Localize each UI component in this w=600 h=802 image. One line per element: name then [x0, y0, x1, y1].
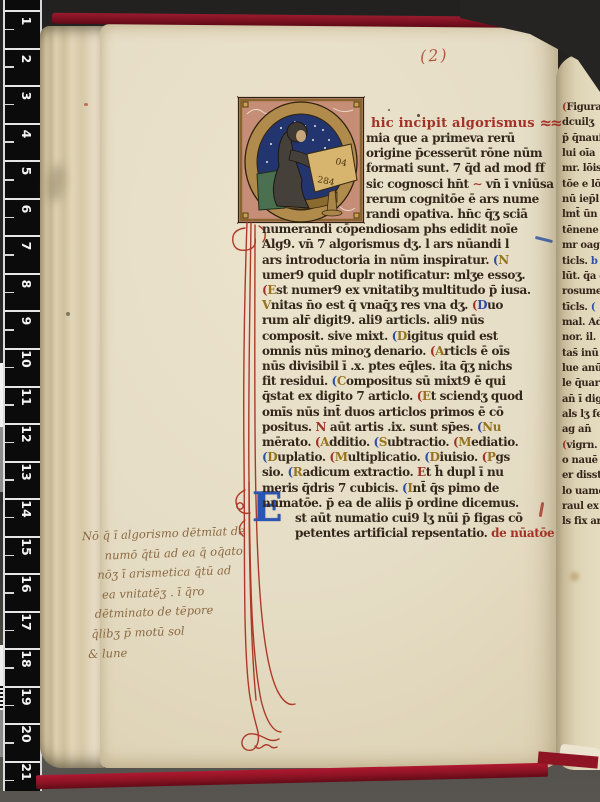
text-line: Alg9. vn̄ 7 algorismus dʒ. l ars nūandi … [262, 237, 509, 252]
text-line: numatōe. p̄ ea de aliis p̄ ordine dicemu… [262, 496, 519, 511]
text-segment: nitas n̄o est q̄ vnaq̄ʒ res vna dʒ. [271, 298, 472, 312]
text-segment: R [293, 465, 303, 479]
facing-text-line: ticls. b [562, 254, 598, 269]
text-line: randi opativa. hn̄c q̄ʒ sciā [366, 207, 528, 222]
text-segment: t h̄ dupl ī nu [426, 465, 504, 479]
text-line: omnis nūs minoʒ denario. (Articls ē oīs [262, 344, 510, 359]
text-line: mia que a primeva rerū [366, 131, 515, 146]
ruler-number: 8 [19, 273, 33, 295]
text-segment: dcuilʒ [562, 117, 594, 128]
text-line: st aūt numatio cui9 lʒ nūi p̄ figas cō [295, 511, 523, 526]
facing-text-line: le q̄uar [562, 376, 600, 391]
text-block: mia que a primeva rerūorigine p̄cesserūt… [262, 131, 550, 543]
text-segment: ∼ [472, 177, 482, 191]
text-segment: V [262, 298, 271, 312]
rubric-incipit: hic incipit algorismus ≈≈ [371, 116, 561, 131]
text-segment: A [435, 344, 444, 358]
text-segment: Figuraū [566, 102, 600, 113]
ruler-number: 17 [19, 611, 33, 633]
text-line: numerandi cōpendiosam phs edidit noīe [262, 222, 518, 237]
text-segment: origine p̄cesserūt rōne nūm [366, 146, 542, 160]
ruler-number: 2 [19, 48, 33, 70]
text-line: (Duplatio. (Multiplicatio. (Diuisio. (Pg… [262, 450, 510, 465]
facing-text-line: lue anū [562, 361, 600, 376]
text-segment: tas̄ inū [562, 348, 598, 359]
text-segment: D [477, 298, 487, 312]
ink-speck [66, 312, 70, 316]
text-segment: mal. Ad [562, 317, 600, 328]
ruler-half-tick [5, 742, 14, 744]
facing-text-line: nor. il. [562, 330, 596, 345]
margin-annotation: Nō q̄ ī algorismo dētmīat denumō q̄tū ad… [82, 521, 272, 665]
facing-text-line: lmt̄ ūn [562, 207, 597, 222]
text-segment: numerandi cōpendiosam phs edidit noīe [262, 222, 518, 236]
facing-text-line: dcuilʒ [562, 115, 594, 130]
text-segment: t sciendʒ quod [431, 389, 523, 403]
ruler-number: 19 [19, 686, 33, 708]
red-speck [84, 103, 88, 106]
facing-text-line: p̄ q̄naui [562, 131, 600, 146]
text-segment: ag an̄ [562, 424, 591, 435]
facing-text-line: tōe e lō [562, 177, 600, 192]
ruler-half-tick [5, 667, 14, 669]
text-line: rum alr̄ digit9. ali9 articls. ali9 nūs [262, 313, 484, 328]
ruler-number: 3 [19, 85, 33, 107]
text-segment: Nu [482, 420, 501, 434]
ruler-number: 20 [19, 723, 33, 745]
ruler-number: 11 [19, 386, 33, 408]
text-segment: tēnene [562, 225, 598, 236]
cm-ruler: 123456789101112131415161718192021 [3, 0, 42, 791]
text-segment: igitus quid est [407, 329, 498, 343]
ruler-half-tick [5, 329, 14, 331]
text-line: q̄stat ex digito 7 articlo. (Et sciendʒ … [262, 389, 523, 404]
text-segment: P [487, 450, 496, 464]
text-segment: er dissti [562, 470, 600, 481]
ruler-half-tick [5, 555, 14, 557]
text-segment: lui oīa [562, 148, 595, 159]
text-segment: meris q̄dris 7 cubicis. [262, 481, 402, 495]
ruler-half-tick [5, 780, 14, 782]
facing-text-line: (Figuraū [562, 100, 600, 115]
ruler-number: 6 [19, 198, 33, 220]
text-line: rerum cognitōe ē ars nume [366, 192, 539, 207]
ruler-number: 7 [19, 235, 33, 257]
text-segment: b [591, 256, 598, 267]
text-segment: fit residui. [262, 374, 332, 388]
ruler-number: 14 [19, 498, 33, 520]
facing-text-line: mr. lōis [562, 161, 600, 176]
text-segment: uplatio. [277, 450, 329, 464]
text-segment: nor. il. [562, 332, 596, 343]
text-segment: omnis nūs minoʒ denario. [262, 344, 430, 358]
facing-text-line: mr oags [562, 238, 600, 253]
folio-number: (2) [419, 45, 449, 66]
text-segment: sic cognosci hn̄t [366, 177, 472, 191]
text-segment: tīcls. [562, 302, 591, 313]
text-segment: ultiplicatio. [348, 450, 425, 464]
text-segment: q̄stat ex digito 7 articlo. [262, 389, 417, 403]
facing-text-line: an̄ ī dig [562, 392, 600, 407]
text-segment: C [337, 374, 346, 388]
text-segment: S [379, 435, 387, 449]
text-segment: vigrn. [566, 440, 597, 451]
text-segment: le q̄uar [562, 378, 600, 389]
text-segment: uo [487, 298, 503, 312]
text-segment: A [320, 435, 329, 449]
ruler-half-tick [5, 292, 14, 294]
text-segment: positus. [262, 420, 316, 434]
ruler-half-tick [5, 104, 14, 106]
text-segment: mr. lōis [562, 163, 600, 174]
text-segment: lo uamē [562, 486, 600, 497]
text-segment: petentes artificial repsentatio. [295, 526, 491, 540]
ruler-half-tick [5, 254, 14, 256]
ruler-half-tick [5, 479, 14, 481]
text-segment: composit. sive mixt. [262, 329, 392, 343]
text-segment: adicum extractio. [303, 465, 417, 479]
text-segment: tōe e lō [562, 179, 600, 190]
ruler-number: 9 [19, 310, 33, 332]
ruler-half-tick [5, 29, 14, 31]
text-segment: p̄ q̄naui [562, 133, 600, 144]
text-line: meris q̄dris 7 cubicis. (Int̄ q̄s pimo d… [262, 481, 499, 496]
text-segment: an̄ ī dig [562, 394, 600, 405]
text-line: umer9 quid duplr notificatur: mlʒe essoʒ… [262, 268, 525, 283]
text-segment: rum alr̄ digit9. ali9 articls. ali9 nūs [262, 313, 484, 327]
facing-text-line: tēnene [562, 223, 598, 238]
text-segment: nū iep̄l [562, 194, 599, 205]
text-segment: ls fix arnē [562, 516, 600, 527]
text-line: formati sunt. 7 q̄d ad mod ff [366, 161, 545, 176]
page-stain [570, 572, 579, 581]
text-segment: formati sunt. 7 q̄d ad mod ff [366, 161, 545, 175]
ruler-number: 1 [19, 10, 33, 32]
text-segment: dditio. [329, 435, 373, 449]
ruler-number: 12 [19, 423, 33, 445]
text-segment: mia que a primeva rerū [366, 131, 515, 145]
text-segment: ticls. [562, 256, 591, 267]
text-segment: numatōe. p̄ ea de aliis p̄ ordine dicemu… [262, 496, 519, 510]
facing-text-line: als lʒ fer [562, 407, 600, 422]
text-segment: als lʒ fer [562, 409, 600, 420]
facing-text-line: mal. Ad [562, 315, 600, 330]
ruler-number: 5 [19, 160, 33, 182]
text-segment: N [498, 253, 509, 267]
facing-text-line: lui oīa [562, 146, 595, 161]
ruler-number: 4 [19, 123, 33, 145]
rubric-text: hic incipit algorismus [371, 116, 535, 131]
facing-text-line: lo uamē [562, 484, 600, 499]
facing-text-line: o nauē [562, 453, 598, 468]
text-segment: Alg9. vn̄ 7 algorismus dʒ. l ars nūandi … [262, 237, 509, 251]
ruler-number: 16 [19, 573, 33, 595]
ruler-half-tick [5, 705, 14, 707]
text-segment: rticls ē oīs [444, 344, 510, 358]
corner-knob [243, 213, 248, 218]
text-segment: N [316, 420, 327, 434]
text-segment: st numer9 ex vnitatibʒ multitudo p̄ iusa… [276, 283, 531, 297]
text-segment: o nauē [562, 455, 598, 466]
ruler-half-tick [5, 630, 14, 632]
text-line: origine p̄cesserūt rōne nūm [366, 146, 542, 161]
ruler-half-tick [5, 517, 14, 519]
facing-text-line: lūt. q̄a e [562, 269, 600, 284]
text-segment: ( [591, 302, 595, 313]
text-segment: randi opativa. hn̄c q̄ʒ sciā [366, 207, 528, 221]
corner-knob [243, 102, 248, 107]
ruler-half-tick [5, 179, 14, 181]
text-segment: D [267, 450, 277, 464]
ruler-half-tick [5, 66, 14, 68]
text-line: positus. N aūt artis .ix. sunt sp̄es. (N… [262, 420, 501, 435]
text-line: mērato. (Additio. (Subtractio. (Mediatio… [262, 435, 518, 450]
ruler-half-tick [5, 592, 14, 594]
text-segment: rosume [562, 286, 600, 297]
text-segment: mr oags [562, 240, 600, 251]
text-line: omīs nūs int̄ duos articlos primos ē cō [262, 405, 503, 420]
text-segment: vn̄ ī vniūsa [482, 177, 554, 191]
text-segment: st aūt numatio cui9 lʒ nūi p̄ figas cō [295, 511, 523, 525]
text-segment: lue anū [562, 363, 600, 374]
ruler-number: 10 [19, 348, 33, 370]
text-segment: umer9 quid duplr notificatur: mlʒe essoʒ… [262, 268, 525, 282]
facing-text-line: raul ex [562, 499, 599, 514]
ruler-number: 13 [19, 461, 33, 483]
facing-text-line: ag an̄ [562, 422, 591, 437]
text-segment: nūs divisibil ī .x. ptes eq̄les. ita q̄ʒ… [262, 359, 512, 373]
ruler-number: 21 [19, 761, 33, 783]
text-line: sio. (Radicum extractio. Et h̄ dupl ī nu [262, 465, 504, 480]
ink-speck [388, 109, 390, 111]
text-segment: omīs nūs int̄ duos articlos primos ē cō [262, 405, 503, 419]
text-line: nūs divisibil ī .x. ptes eq̄les. ita q̄ʒ… [262, 359, 512, 374]
text-segment: sio. [262, 465, 287, 479]
ruler-number: 18 [19, 648, 33, 670]
text-segment: ubtractio. [387, 435, 453, 449]
text-segment: ediatio. [471, 435, 518, 449]
text-segment: lmt̄ ūn [562, 209, 597, 220]
ruler-half-tick [5, 141, 14, 143]
facing-text-line: rosume [562, 284, 600, 299]
text-segment: mērato. [262, 435, 315, 449]
facing-text-line: tīcls. ( [562, 300, 595, 315]
manuscript-photo: 123456789101112131415161718192021 (2) hi… [0, 0, 600, 802]
ruler-half-tick [5, 442, 14, 444]
text-line: Vnitas n̄o est q̄ vnaq̄ʒ res vna dʒ. (Du… [262, 298, 503, 313]
facing-text-line: er dissti [562, 468, 600, 483]
text-segment: ars introductoria in nūm inspiratur. [262, 253, 493, 267]
text-segment: E [417, 465, 426, 479]
ruler-half-tick [5, 367, 14, 369]
text-segment: M [458, 435, 471, 449]
text-line: fit residui. (Compositus sū mixt9 ē qui [262, 374, 506, 389]
ruler-half-tick [5, 217, 14, 219]
text-line: (Est numer9 ex vnitatibʒ multitudo p̄ iu… [262, 283, 531, 298]
text-segment: E [267, 283, 276, 297]
text-segment: E [422, 389, 431, 403]
text-segment: aūt artis .ix. sunt sp̄es. [326, 420, 477, 434]
text-segment: D [397, 329, 407, 343]
text-segment: lūt. q̄a e [562, 271, 600, 282]
facing-text-line: nū iep̄l [562, 192, 599, 207]
corner-knob [354, 102, 359, 107]
text-segment: nt̄ q̄s pimo de [413, 481, 499, 495]
facing-text-line: tas̄ inū [562, 346, 598, 361]
facing-page-text: (Figuraūdcuilʒp̄ q̄nauilui oīamr. lōistō… [557, 100, 600, 532]
text-segment: ompositus sū mixt9 ē qui [346, 374, 506, 388]
text-line: ars introductoria in nūm inspiratur. (N [262, 253, 509, 268]
text-segment: gs [496, 450, 510, 464]
text-segment: rerum cognitōe ē ars nume [366, 192, 539, 206]
facing-text-line: (vigrn. [562, 438, 597, 453]
text-segment: raul ex [562, 501, 599, 512]
text-line: composit. sive mixt. (Digitus quid est [262, 329, 498, 344]
text-line: petentes artificial repsentatio. de nūat… [295, 526, 554, 541]
facing-text-line: ls fix arnē [562, 514, 600, 529]
ruler-half-tick [5, 404, 14, 406]
text-segment: de nūatōe [491, 526, 554, 540]
text-segment: D [429, 450, 439, 464]
text-segment: iuisio. [440, 450, 482, 464]
text-segment: M [335, 450, 348, 464]
ruler-number: 15 [19, 536, 33, 558]
text-line: sic cognosci hn̄t ∼ vn̄ ī vniūsa [366, 177, 554, 192]
